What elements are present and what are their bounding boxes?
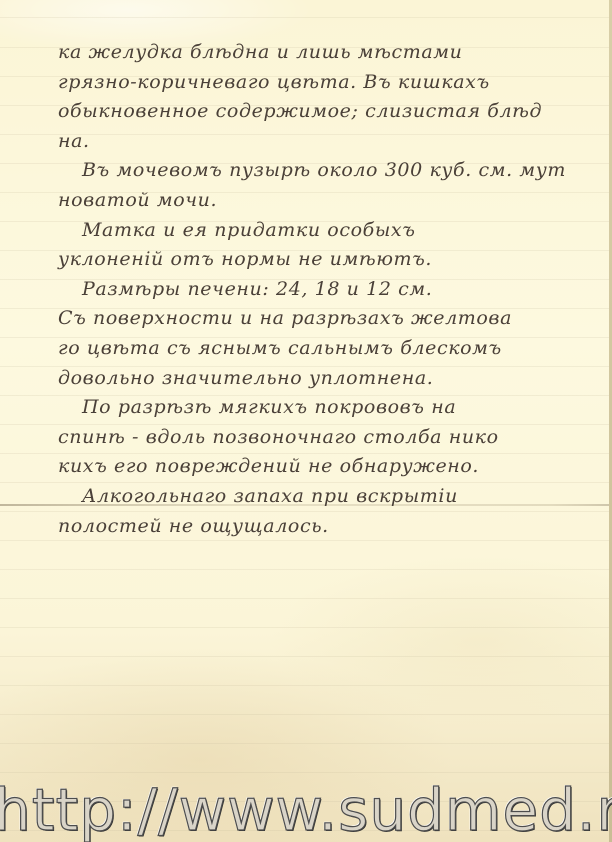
paragraph-start-line: Въ мочевомъ пузырѣ около 300 куб. см. му… xyxy=(62,156,612,186)
paragraph-start-line: Алкогольнаго запаха при вскрытіи xyxy=(62,482,612,512)
text-line: уклоненій отъ нормы не имѣютъ. xyxy=(58,245,612,275)
paragraph-start-line: Размѣры печени: 24, 18 и 12 см. xyxy=(62,275,612,305)
text-line: Съ поверхности и на разрѣзахъ желтова xyxy=(58,304,612,334)
document-page: ка желудка блѣдна и лишь мѣстами грязно-… xyxy=(0,0,612,842)
text-line: на. xyxy=(58,127,612,157)
text-line: ка желудка блѣдна и лишь мѣстами xyxy=(58,38,612,68)
text-line: довольно значительно уплотнена. xyxy=(58,364,612,394)
paragraph-start-line: Матка и ея придатки особыхъ xyxy=(62,216,612,246)
text-line: го цвѣта съ яснымъ сальнымъ блескомъ xyxy=(58,334,612,364)
text-line: новатой мочи. xyxy=(58,186,612,216)
text-line: спинѣ - вдоль позвоночнаго столба нико xyxy=(58,423,612,453)
text-line: грязно-коричневаго цвѣта. Въ кишкахъ xyxy=(58,68,612,98)
text-line: кихъ его повреждений не обнаружено. xyxy=(58,452,612,482)
website-watermark: http://www.sudmed.ru xyxy=(0,776,612,842)
handwritten-text: ка желудка блѣдна и лишь мѣстами грязно-… xyxy=(62,38,612,541)
paragraph-start-line: По разрѣзѣ мягкихъ покрововъ на xyxy=(62,393,612,423)
text-line: полостей не ощущалось. xyxy=(58,512,612,542)
text-line: обыкновенное содержимое; слизистая блѣд xyxy=(58,97,612,127)
